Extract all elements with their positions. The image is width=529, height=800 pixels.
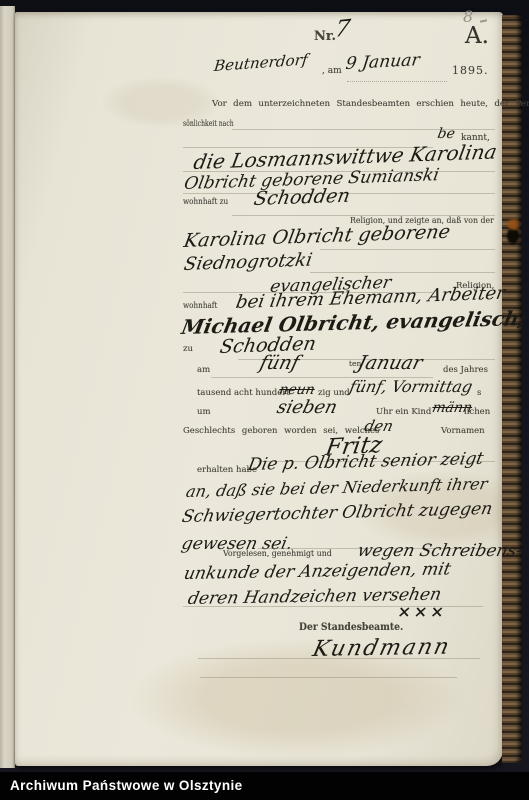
am-day-label: am (197, 365, 210, 375)
blank-rule (200, 677, 457, 678)
blank-rule (320, 249, 495, 250)
hw-be: be (436, 126, 456, 142)
date-rule (347, 81, 447, 82)
birth-month: Januar (356, 352, 425, 374)
des-jahres-label: des Jahres (443, 365, 488, 375)
book-scan: Nr. 7 8 A. Beutnerdorf , am 9 Januar 189… (0, 0, 529, 800)
book-page-edges (502, 15, 522, 763)
vornamen-label: Vornamen (441, 426, 485, 436)
birth-year-units: fünf, Vormittag (348, 377, 474, 396)
year-label: 1895. (452, 64, 489, 77)
wohnhaft-zu-label: wohnhaft zu (183, 197, 228, 207)
am-label: , am (322, 66, 342, 76)
blank-rule (198, 658, 480, 659)
birth-hour: sieben (275, 397, 340, 418)
archive-footer-bar: Archiwum Państwowe w Olsztynie (0, 772, 529, 800)
tausend-label: tausend acht hundert (197, 388, 290, 398)
archive-name: Archiwum Państwowe w Olsztynie (10, 778, 243, 793)
uhr-ein-kind-label: Uhr ein Kind (376, 407, 431, 417)
zu-label: zu (183, 344, 193, 354)
um-label: um (197, 407, 211, 417)
lichen-label: lichen (464, 407, 490, 417)
blank-rule (310, 272, 495, 273)
handzeichen-marks: ××× (396, 602, 448, 621)
registrar-label: Der Standesbeamte. (299, 622, 403, 633)
intro-line1: Vor dem unterzeichneten Standesbeamten e… (212, 99, 529, 109)
form-letter: A. (465, 23, 489, 49)
closing-line1: wegen Schreibens- (356, 541, 524, 561)
record-date: 9 Januar (345, 50, 421, 74)
vorgelesen-label: Vorgelesen, genehmigt und (223, 549, 332, 559)
wohnhaft-label: wohnhaft (183, 301, 217, 311)
intro-line2: sönlichkeit nach (183, 119, 234, 129)
s-suffix-label: s (477, 388, 481, 398)
declarant-residence: Schodden (252, 185, 352, 210)
previous-page-edge (0, 6, 15, 768)
birth-year-tens: neun (278, 382, 317, 398)
birth-day: fünf (258, 352, 302, 374)
